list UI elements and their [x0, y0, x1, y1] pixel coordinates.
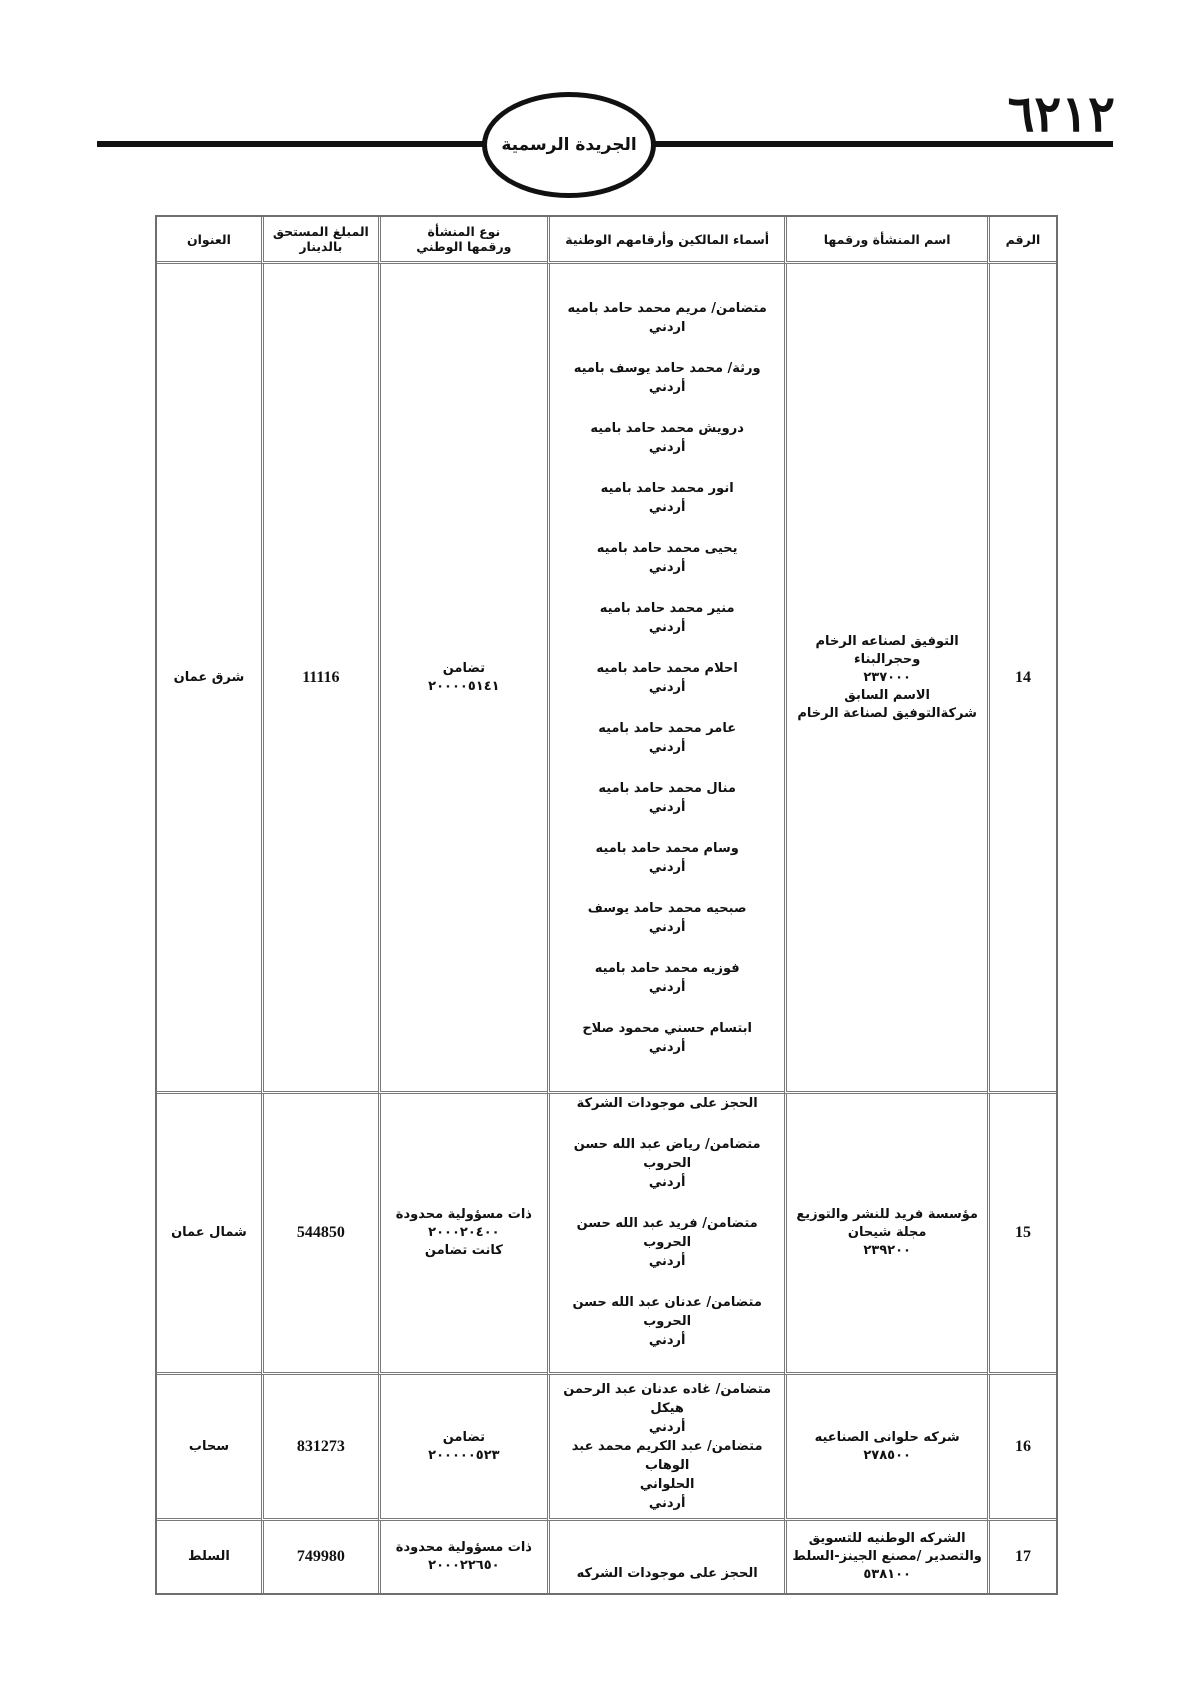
row-number: 16	[987, 1375, 1056, 1521]
amount-cell: 831273	[261, 1375, 378, 1521]
owner-entry: انور محمد حامد باميهأردني	[554, 479, 781, 517]
row-number: 17	[987, 1521, 1056, 1593]
type-cell: تضامن ٢٠٠٠٠٠٥٢٣	[378, 1375, 547, 1521]
owners-cell: متضامن/ مريم محمد حامد باميهاردني ورثة/ …	[547, 264, 785, 1094]
owner-entry: منال محمد حامد باميهأردني	[554, 779, 781, 817]
owner-entry: احلام محمد حامد باميهأردني	[554, 659, 781, 697]
owner-entry: متضامن/ رياض عبد الله حسن الحروبأردني	[554, 1135, 781, 1192]
page-number: ٦٢١٢	[985, 84, 1115, 143]
table-row: 16 شركه حلوانى الصناعيه ٢٧٨٥٠٠ متضامن/ غ…	[157, 1375, 1056, 1521]
owner-entry: يحيى محمد حامد باميهأردني	[554, 539, 781, 577]
establishments-table: الرقم اسم المنشأة ورقمها أسماء المالكين …	[155, 215, 1058, 1595]
owner-entry: درويش محمد حامد باميهأردني	[554, 419, 781, 457]
owners-cell: الحجز على موجودات الشركة متضامن/ رياض عب…	[547, 1094, 785, 1375]
establishment-cell: شركه حلوانى الصناعيه ٢٧٨٥٠٠	[784, 1375, 986, 1521]
owner-entry: ورثة/ محمد حامد يوسف باميهأردني	[554, 359, 781, 397]
amount-cell: 11116	[261, 264, 378, 1094]
type-cell: ذات مسؤولية محدودة ٢٠٠٠٢٢٦٥٠	[378, 1521, 547, 1593]
seizure-note: الحجز على موجودات الشركة	[554, 1094, 781, 1113]
owner-entry: فوزيه محمد حامد باميهأردني	[554, 959, 781, 997]
header-establishment: اسم المنشأة ورقمها	[784, 217, 986, 264]
establishment-cell: التوفيق لصناعه الرخام وحجرالبناء ٢٣٧٠٠٠ …	[784, 264, 986, 1094]
establishment-cell: الشركه الوطنيه للتسويق والتصدير /مصنع ال…	[784, 1521, 986, 1593]
type-cell: ذات مسؤولية محدودة ٢٠٠٠٢٠٤٠٠ كانت تضامن	[378, 1094, 547, 1375]
owner-entry: متضامن/ عدنان عبد الله حسن الحروبأردني	[554, 1293, 781, 1350]
owner-entry: وسام محمد حامد باميهأردني	[554, 839, 781, 877]
table-row: 17 الشركه الوطنيه للتسويق والتصدير /مصنع…	[157, 1521, 1056, 1593]
gazette-title-ellipse: الجريدة الرسمية	[482, 92, 656, 198]
header-address: العنوان	[157, 217, 261, 264]
owner-entry: منير محمد حامد باميهأردني	[554, 599, 781, 637]
address-cell: سحاب	[157, 1375, 261, 1521]
amount-cell: 544850	[261, 1094, 378, 1375]
owners-cell: متضامن/ غاده عدنان عبد الرحمن هيكل أردني…	[547, 1375, 785, 1521]
owner-entry: متضامن/ مريم محمد حامد باميهاردني	[554, 299, 781, 337]
table-row: 15 مؤسسة فريد للنشر والتوزيع مجلة شيحان …	[157, 1094, 1056, 1375]
address-cell: شرق عمان	[157, 264, 261, 1094]
owners-cell: الحجز على موجودات الشركه	[547, 1521, 785, 1593]
row-number: 14	[987, 264, 1056, 1094]
gazette-title: الجريدة الرسمية	[501, 135, 636, 155]
amount-cell: 749980	[261, 1521, 378, 1593]
header-amount: المبلغ المستحق بالدينار	[261, 217, 378, 264]
header-owners: أسماء المالكين وأرقامهم الوطنية	[547, 217, 785, 264]
establishment-cell: مؤسسة فريد للنشر والتوزيع مجلة شيحان ٢٣٩…	[784, 1094, 986, 1375]
header-number: الرقم	[987, 217, 1056, 264]
table-row: 14 التوفيق لصناعه الرخام وحجرالبناء ٢٣٧٠…	[157, 264, 1056, 1094]
row-number: 15	[987, 1094, 1056, 1375]
table-header-row: الرقم اسم المنشأة ورقمها أسماء المالكين …	[157, 217, 1056, 264]
address-cell: شمال عمان	[157, 1094, 261, 1375]
address-cell: السلط	[157, 1521, 261, 1593]
owner-entry: عامر محمد حامد باميهأردني	[554, 719, 781, 757]
owner-entry: متضامن/ فريد عبد الله حسن الحروبأردني	[554, 1214, 781, 1271]
header-type: نوع المنشأة ورقمها الوطني	[378, 217, 547, 264]
type-cell: تضامن ٢٠٠٠٠٥١٤١	[378, 264, 547, 1094]
owner-entry: صبحيه محمد حامد يوسفأردني	[554, 899, 781, 937]
owner-entry: ابتسام حسني محمود صلاحأردني	[554, 1019, 781, 1057]
